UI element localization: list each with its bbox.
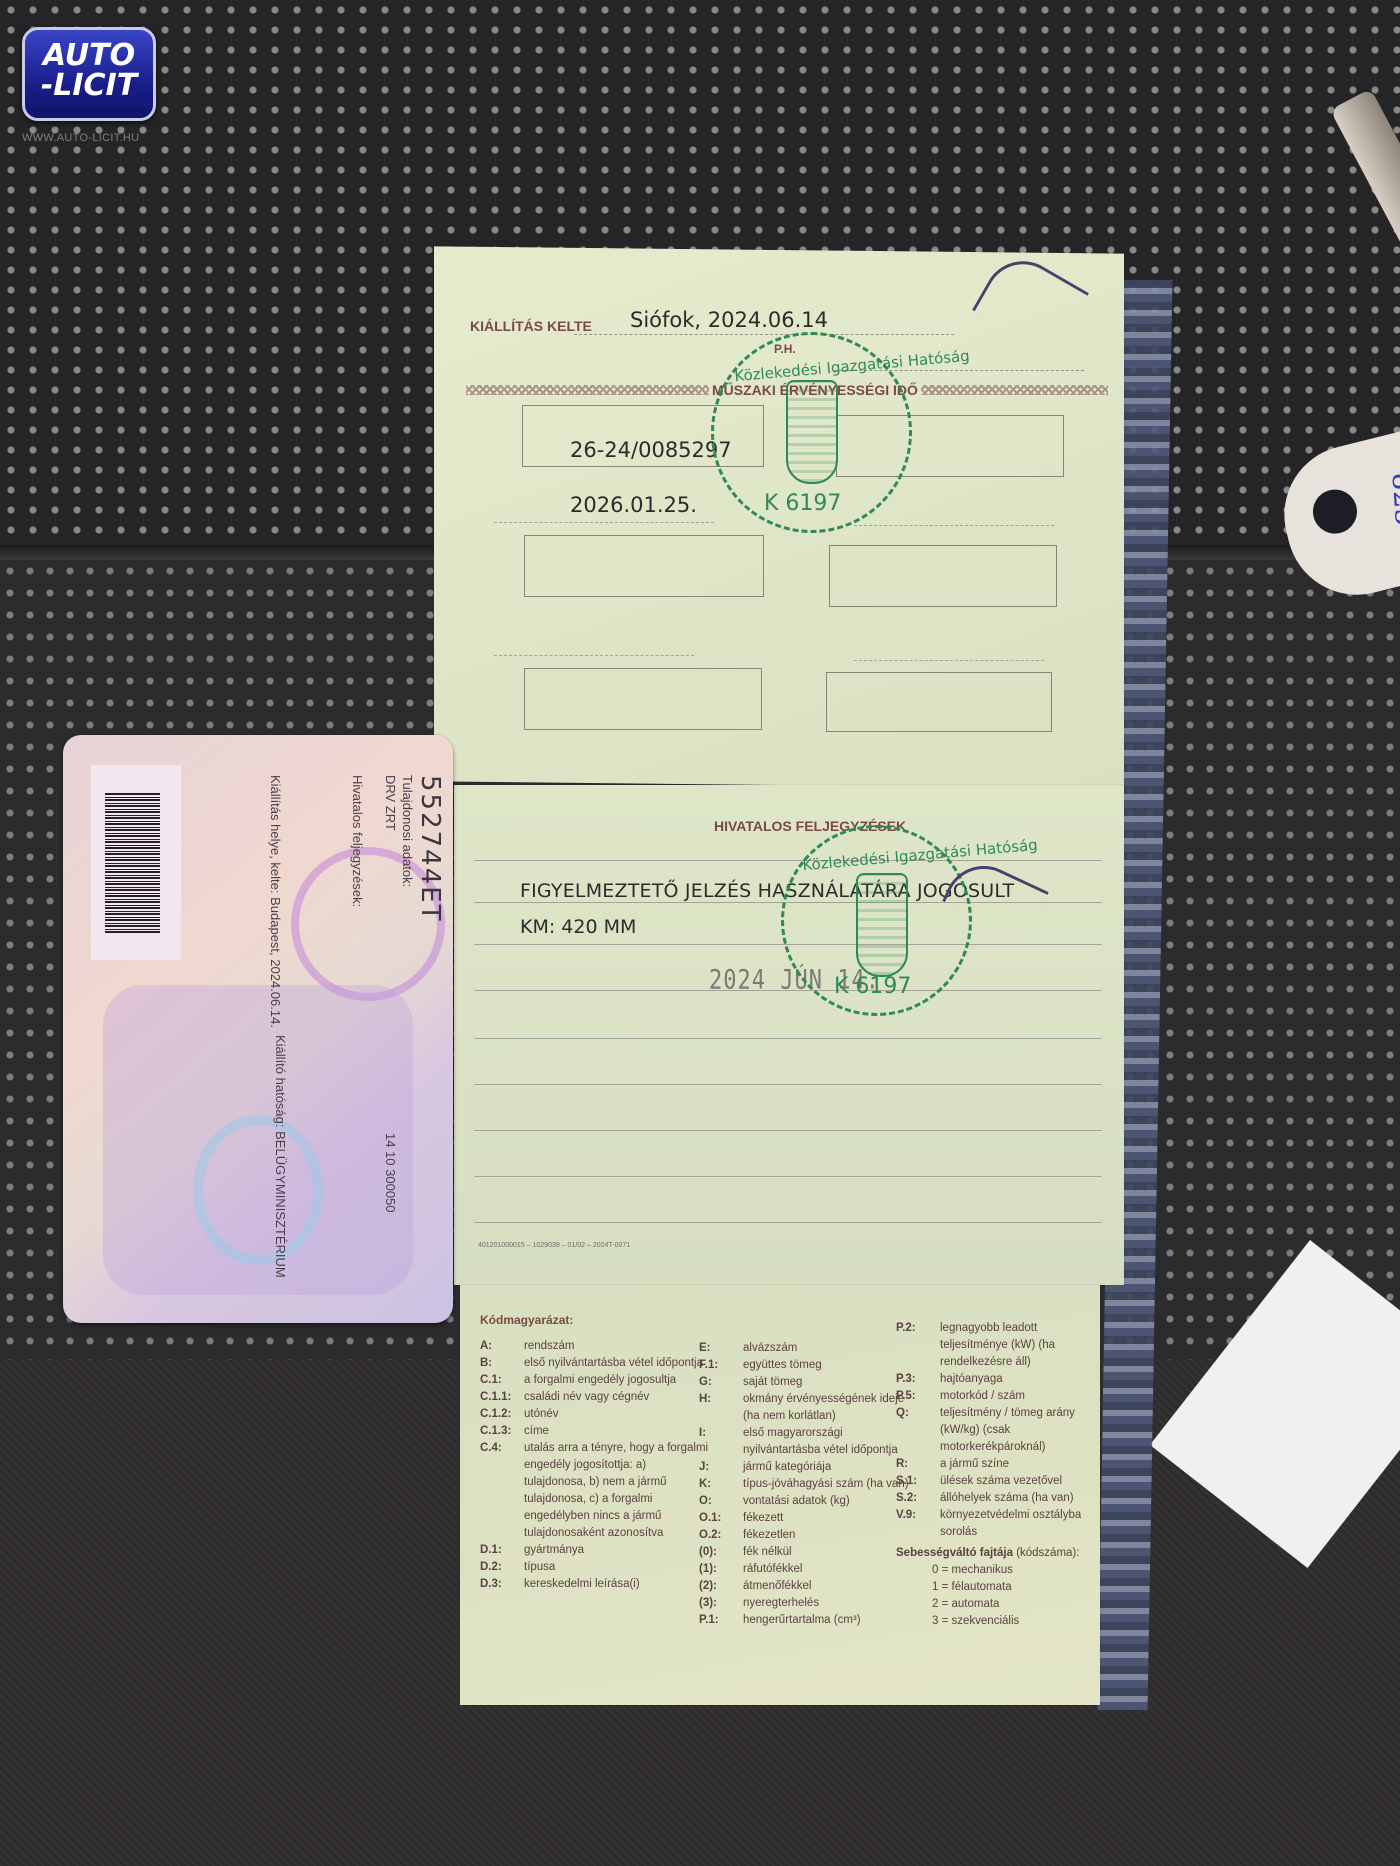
legend-row: V.9:környezetvédelmi osztályba sorolás (896, 1507, 1106, 1541)
legend-row: J:jármű kategóriája (699, 1459, 909, 1476)
document-serial: 401201000015 – 1029039 – 01/02 – 2024T-0… (478, 1242, 630, 1249)
legend-row: H:okmány érvényességének ideje (ha nem k… (699, 1391, 909, 1425)
legend-code: I: (699, 1425, 743, 1459)
gearbox-subtitle: (kódszáma): (1016, 1547, 1079, 1559)
legend-description: hajtóanyaga (940, 1371, 1106, 1388)
stamp-code: K 6197 (834, 974, 911, 999)
issue-date-value: Siófok, 2024.06.14 (630, 308, 828, 332)
legend-code: D.3: (480, 1576, 524, 1593)
logo-line-1: AUTO (25, 41, 153, 71)
ruled-line (474, 1130, 1102, 1131)
legend-description: rendszám (524, 1338, 710, 1355)
legend-description: hengerűrtartalma (cm³) (743, 1612, 909, 1629)
legend-row: F.1:együttes tömeg (699, 1357, 909, 1374)
legend-description: első magyarországi nyilvántartásba vétel… (743, 1425, 909, 1459)
legend-code: P.5: (896, 1388, 940, 1405)
legend-description: nyeregterhelés (743, 1595, 909, 1612)
gearbox-option: 2 = automata (896, 1596, 1106, 1613)
camera-lens-icon (193, 1115, 323, 1265)
legend-column-3: P.2:legnagyobb leadott teljesítménye (kW… (896, 1320, 1106, 1630)
official-note-line-2: KM: 420 MM (520, 916, 636, 938)
legend-row: (0):fék nélkül (699, 1544, 909, 1561)
stamp-code: K 6197 (764, 491, 841, 516)
legend-description: vontatási adatok (kg) (743, 1493, 909, 1510)
ruled-line (474, 1038, 1102, 1039)
gearbox-title: Sebességváltó fajtája (kódszáma): (896, 1545, 1106, 1562)
ruled-line (474, 1222, 1102, 1223)
legend-description: saját tömeg (743, 1374, 909, 1391)
legend-row: (3):nyeregterhelés (699, 1595, 909, 1612)
legend-code: C.1.1: (480, 1389, 524, 1406)
key-tag-label: 825 (1385, 471, 1400, 527)
legend-row: D.2:típusa (480, 1559, 710, 1576)
legend-row: I:első magyarországi nyilvántartásba vét… (699, 1425, 909, 1459)
key-tag-hole (1308, 485, 1361, 538)
card-notes-label: Hivatalos feljegyzések: (350, 775, 365, 907)
legend-code: P.1: (699, 1612, 743, 1629)
validity-box-3 (524, 535, 764, 597)
issue-date-line (574, 334, 954, 335)
legend-row: D.1:gyártmánya (480, 1542, 710, 1559)
legend-code: Q: (896, 1405, 940, 1456)
legend-column-2: E:alvázszámF.1:együttes tömegG:saját töm… (699, 1340, 909, 1629)
legend-row: P.2:legnagyobb leadott teljesítménye (kW… (896, 1320, 1106, 1371)
gearbox-title-text: Sebességváltó fajtája (896, 1547, 1013, 1559)
legend-row: G:saját tömeg (699, 1374, 909, 1391)
watermark-url: WWW.AUTO-LICIT.HU (22, 132, 162, 144)
legend-description: típusa (524, 1559, 710, 1576)
card-issuing-authority: Kiállító hatóság: BELÜGYMINISZTÉRIUM (273, 1035, 288, 1278)
legend-description: utónév (524, 1406, 710, 1423)
legend-code: G: (699, 1374, 743, 1391)
legend-title: Kódmagyarázat: (480, 1313, 573, 1327)
ruled-line (474, 1084, 1102, 1085)
gearbox-option: 0 = mechanikus (896, 1562, 1106, 1579)
validity-box-4 (829, 545, 1057, 607)
logo-line-2: -LICIT (25, 71, 153, 101)
legend-description: gyártmánya (524, 1542, 710, 1559)
legend-row: P.3:hajtóanyaga (896, 1371, 1106, 1388)
legend-description: típus-jóváhagyási szám (ha van) (743, 1476, 909, 1493)
validity-box-5 (524, 668, 762, 730)
issue-date-label: KIÁLLÍTÁS KELTE (470, 318, 592, 334)
card-issue-place-date: Kiállítás helye, kelte: Budapest, 2024.0… (268, 775, 283, 1028)
legend-row: O:vontatási adatok (kg) (699, 1493, 909, 1510)
legend-code: A: (480, 1338, 524, 1355)
coat-of-arms-icon (856, 873, 908, 977)
legend-description: első nyilvántartásba vétel időpontja (524, 1355, 710, 1372)
gearbox-option: 1 = félautomata (896, 1579, 1106, 1596)
legend-row: C.1.2:utónév (480, 1406, 710, 1423)
dotted-line (854, 525, 1054, 526)
legend-description: családi név vagy cégnév (524, 1389, 710, 1406)
legend-row: Q:teljesítmény / tömeg arány (kW/kg) (cs… (896, 1405, 1106, 1456)
card-serial: 14 10 300050 (383, 1133, 398, 1213)
legend-row: C.4:utalás arra a tényre, hogy a forgalm… (480, 1440, 710, 1542)
legend-code: S.2: (896, 1490, 940, 1507)
legend-column-3-rows: P.2:legnagyobb leadott teljesítménye (kW… (896, 1320, 1106, 1541)
legend-code: D.1: (480, 1542, 524, 1559)
legend-row: S.1:ülések száma vezetővel (896, 1473, 1106, 1490)
legend-description: fékezetlen (743, 1527, 909, 1544)
legend-code: C.1.2: (480, 1406, 524, 1423)
auto-licit-logo: AUTO -LICIT (22, 27, 156, 121)
legend-row: D.3:kereskedelmi leírása(i) (480, 1576, 710, 1593)
legend-code: B: (480, 1355, 524, 1372)
coat-of-arms-icon (786, 380, 838, 484)
legend-code: H: (699, 1391, 743, 1425)
validity-box-6 (826, 672, 1052, 732)
legend-description: átmenőfékkel (743, 1578, 909, 1595)
legend-code: P.3: (896, 1371, 940, 1388)
legend-code: D.2: (480, 1559, 524, 1576)
legend-code: (1): (699, 1561, 743, 1578)
legend-row: E:alvázszám (699, 1340, 909, 1357)
legend-row: K:típus-jóváhagyási szám (ha van) (699, 1476, 909, 1493)
legend-code: C.1.3: (480, 1423, 524, 1440)
legend-row: R:a jármű színe (896, 1456, 1106, 1473)
legend-row: P.5:motorkód / szám (896, 1388, 1106, 1405)
legend-description: legnagyobb leadott teljesítménye (kW) (h… (940, 1320, 1106, 1371)
legend-description: alvázszám (743, 1340, 909, 1357)
legend-description: környezetvédelmi osztályba sorolás (940, 1507, 1106, 1541)
validity-date: 2026.01.25. (570, 493, 697, 517)
registration-document: KIÁLLÍTÁS KELTE Siófok, 2024.06.14 P.H. … (434, 250, 1124, 1740)
legend-row: P.1:hengerűrtartalma (cm³) (699, 1612, 909, 1629)
legend-row: S.2:állóhelyek száma (ha van) (896, 1490, 1106, 1507)
legend-code: (0): (699, 1544, 743, 1561)
legend-code: P.2: (896, 1320, 940, 1371)
legend-description: utalás arra a tényre, hogy a forgalmi en… (524, 1440, 710, 1542)
legend-description: ráfutófékkel (743, 1561, 909, 1578)
legend-row: A:rendszám (480, 1338, 710, 1355)
legend-code: V.9: (896, 1507, 940, 1541)
legend-description: motorkód / szám (940, 1388, 1106, 1405)
registration-card: 552744ET Tulajdonosi adatok: DRV ZRT Hiv… (63, 735, 453, 1323)
legend-code: S.1: (896, 1473, 940, 1490)
legend-code: K: (699, 1476, 743, 1493)
legend-code: (2): (699, 1578, 743, 1595)
legend-description: állóhelyek száma (ha van) (940, 1490, 1106, 1507)
legend-description: címe (524, 1423, 710, 1440)
legend-row: (1):ráfutófékkel (699, 1561, 909, 1578)
legend-description: jármű kategóriája (743, 1459, 909, 1476)
legend-description: kereskedelmi leírása(i) (524, 1576, 710, 1593)
legend-code: J: (699, 1459, 743, 1476)
legend-code: E: (699, 1340, 743, 1357)
legend-code: O: (699, 1493, 743, 1510)
legend-description: teljesítmény / tömeg arány (kW/kg) (csak… (940, 1405, 1106, 1456)
official-stamp: Közlekedési Igazgatási Hatóság K 6197 (711, 332, 912, 533)
legend-description: fékezett (743, 1510, 909, 1527)
official-stamp-notes: Közlekedési Igazgatási Hatóság K 6197 (781, 825, 972, 1016)
legend-description: együttes tömeg (743, 1357, 909, 1374)
dotted-line (494, 655, 694, 656)
legend-row: B:első nyilvántartásba vétel időpontja (480, 1355, 710, 1372)
ruled-line (474, 1176, 1102, 1177)
dotted-line (854, 660, 1044, 661)
barcode-icon (105, 793, 160, 933)
legend-description: okmány érvényességének ideje (ha nem kor… (743, 1391, 909, 1425)
legend-column-1: A:rendszámB:első nyilvántartásba vétel i… (480, 1338, 710, 1593)
legend-row: C.1.1:családi név vagy cégnév (480, 1389, 710, 1406)
legend-row: C.1:a forgalmi engedély jogosultja (480, 1372, 710, 1389)
card-number: 552744ET (415, 775, 445, 923)
legend-description: a jármű színe (940, 1456, 1106, 1473)
ruled-line (474, 860, 1102, 861)
dotted-line (494, 522, 714, 523)
legend-code: C.1: (480, 1372, 524, 1389)
legend-code: (3): (699, 1595, 743, 1612)
legend-row: (2):átmenőfékkel (699, 1578, 909, 1595)
legend-row: O.2:fékezetlen (699, 1527, 909, 1544)
legend-description: ülések száma vezetővel (940, 1473, 1106, 1490)
legend-description: fék nélkül (743, 1544, 909, 1561)
registration-number: 26-24/0085297 (570, 438, 732, 462)
legend-code: O.2: (699, 1527, 743, 1544)
legend-description: a forgalmi engedély jogosultja (524, 1372, 710, 1389)
legend-code: F.1: (699, 1357, 743, 1374)
legend-code: C.4: (480, 1440, 524, 1542)
legend-code: R: (896, 1456, 940, 1473)
card-owner-label: Tulajdonosi adatok: (400, 775, 415, 887)
legend-row: C.1.3:címe (480, 1423, 710, 1440)
legend-code: O.1: (699, 1510, 743, 1527)
gearbox-option: 3 = szekvenciális (896, 1613, 1106, 1630)
legend-row: O.1:fékezett (699, 1510, 909, 1527)
card-owner-value: DRV ZRT (383, 775, 398, 831)
